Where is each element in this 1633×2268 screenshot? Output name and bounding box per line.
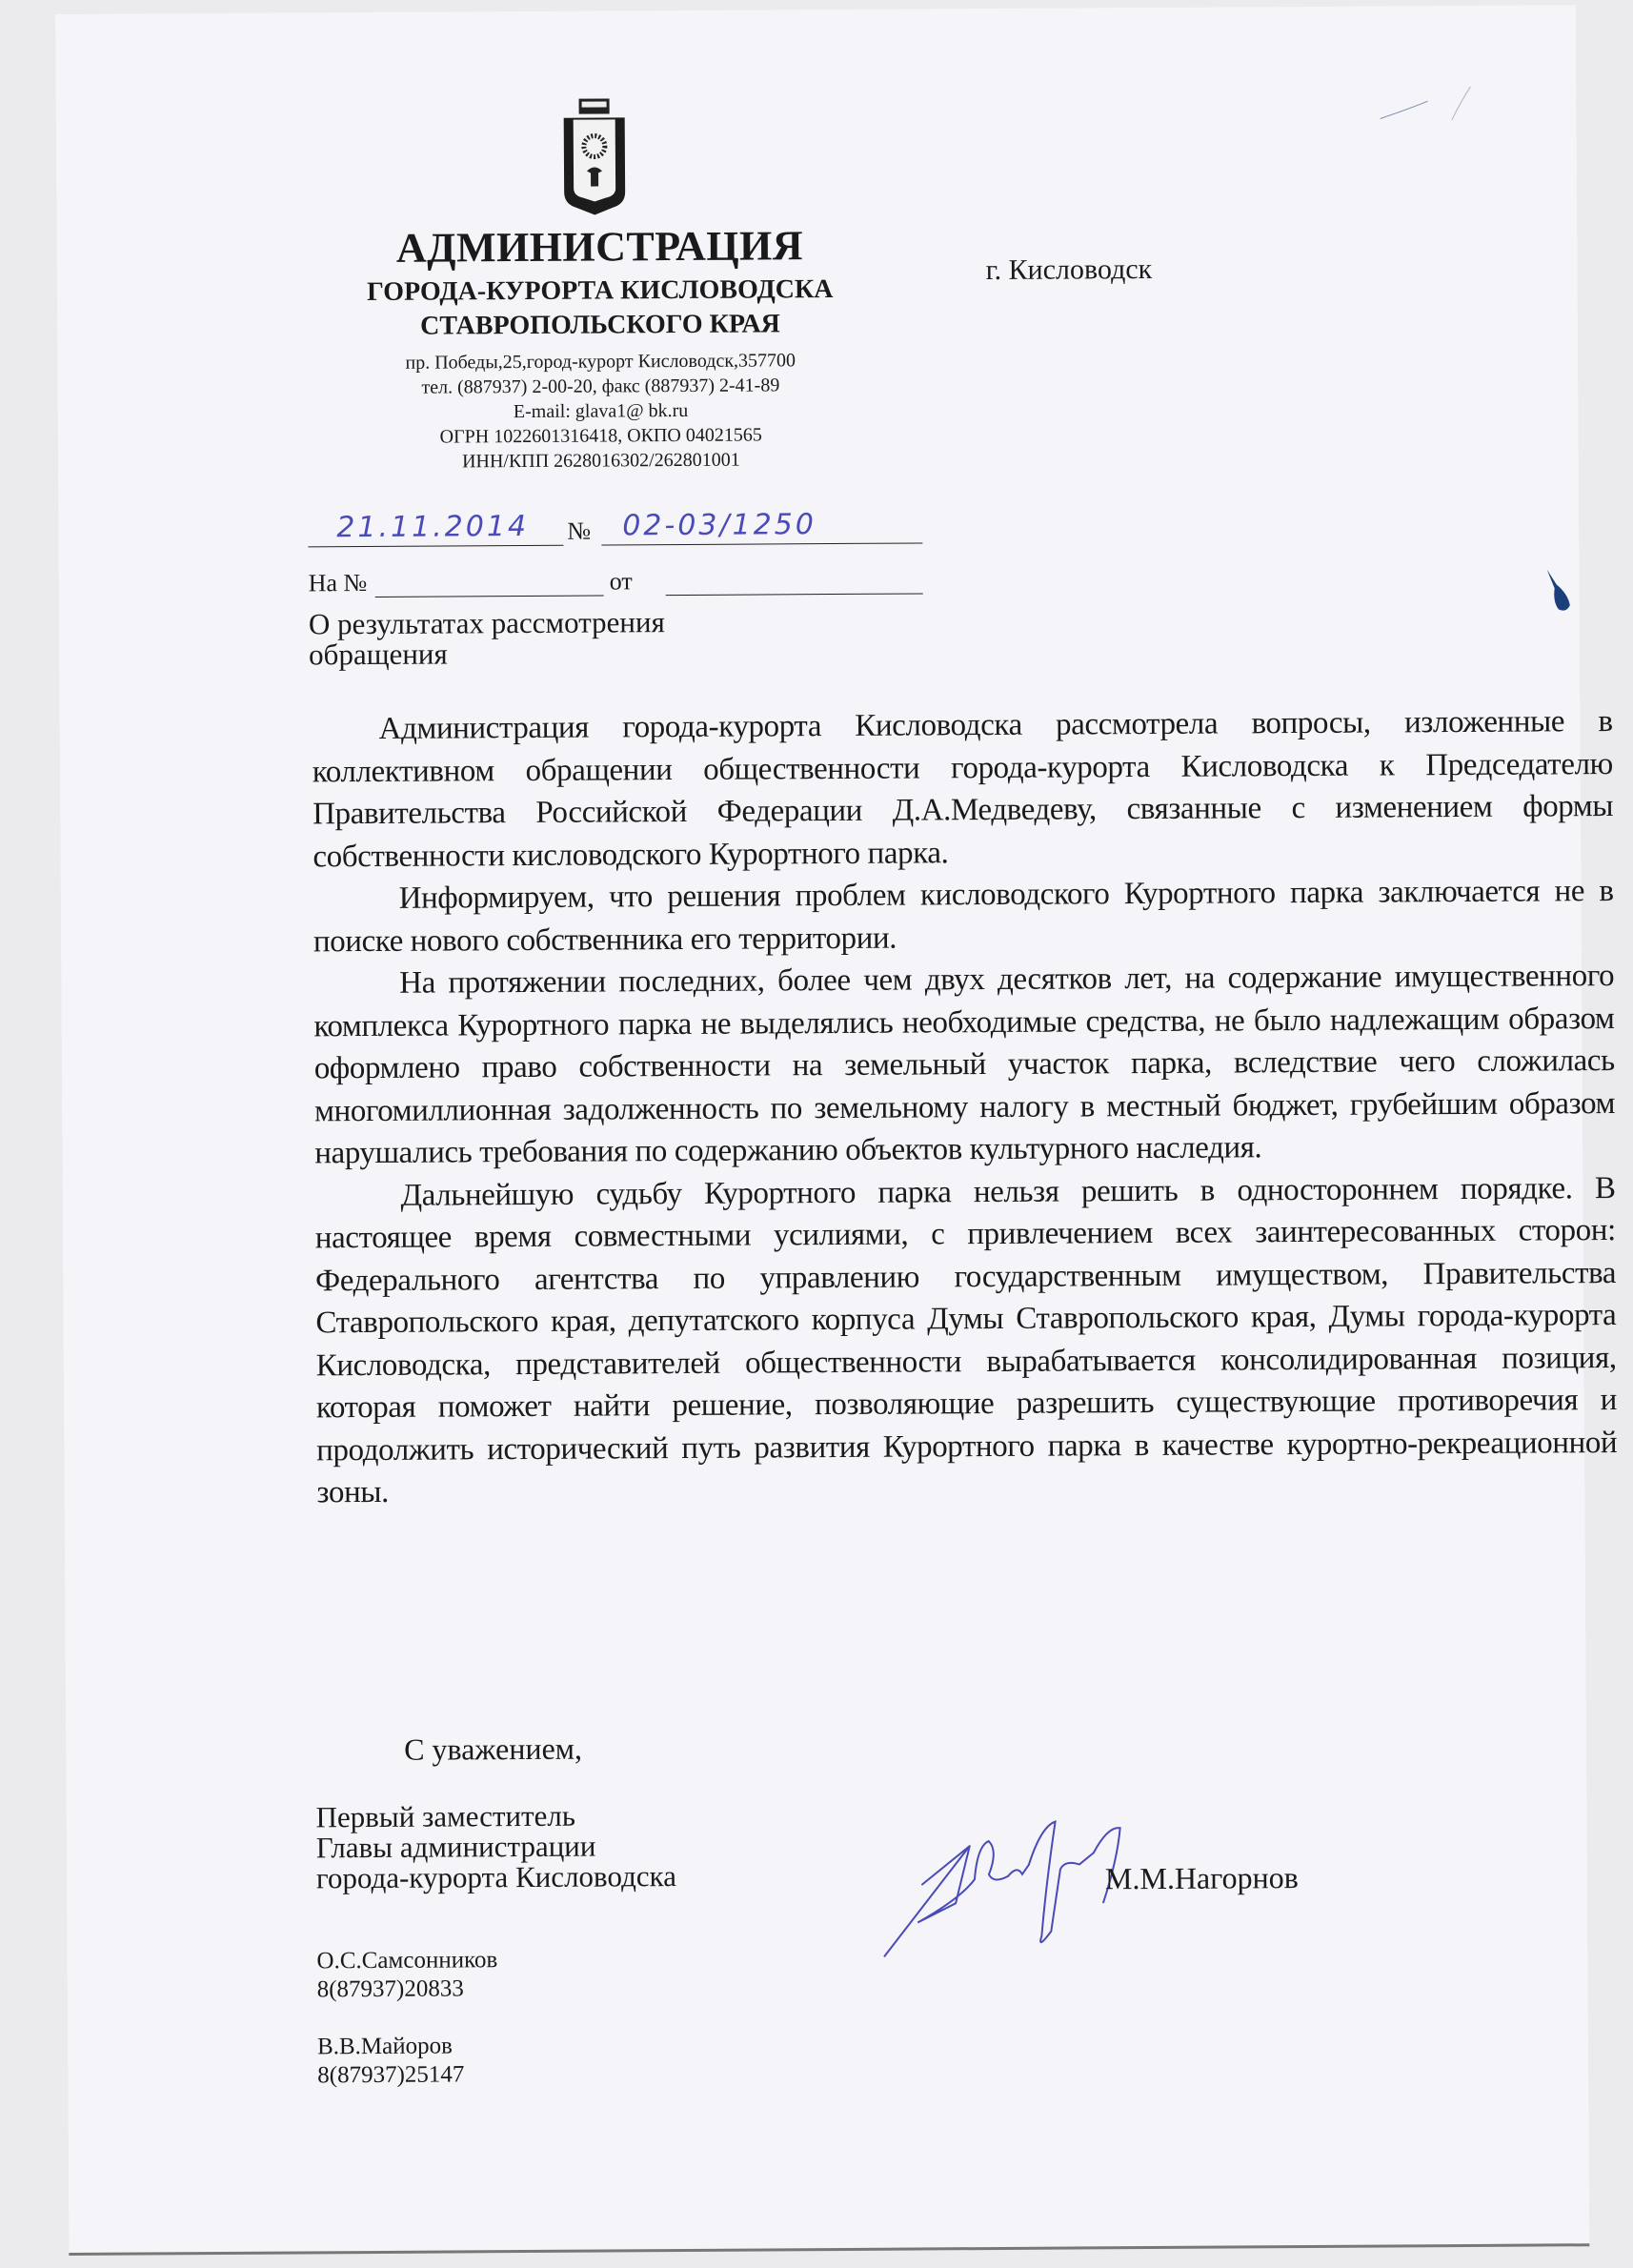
letter-body: Администрация города-курорта Кисловодска… (312, 700, 1617, 1514)
ink-blot-icon (1545, 567, 1574, 615)
coat-of-arms-icon (556, 96, 634, 215)
city-name: г. Кисловодск (986, 253, 1153, 287)
subject-line-1: О результатах рассмотрения (309, 607, 665, 639)
body-paragraph-2: Информируем, что решения проблем кислово… (313, 870, 1615, 962)
letter-subject: О результатах рассмотрения обращения (309, 607, 665, 670)
contact-item: В.В.Майоров 8(87937)25147 (317, 2032, 498, 2090)
letterhead-title: АДМИНИСТРАЦИЯ (275, 220, 923, 273)
pencil-mark-icon (1370, 82, 1475, 131)
signer-position: Первый заместитель Главы администрации г… (315, 1800, 676, 1893)
contact-phone: 8(87937)25147 (317, 2060, 498, 2090)
reply-reference-line: На № от (309, 563, 923, 601)
registration-number: 02-03/1250 (622, 508, 816, 542)
contacts-block: О.С.Самсонников 8(87937)20833 В.В.Майоро… (316, 1946, 498, 2118)
reply-date-label: от (610, 567, 633, 596)
position-line-3: города-курорта Кисловодска (316, 1861, 676, 1893)
body-paragraph-3: На протяжении последних, более чем двух … (313, 955, 1615, 1175)
closing-regards: С уважением, (404, 1731, 582, 1768)
registration-date: 21.11.2014 (336, 510, 529, 544)
letterhead-details: пр. Победы,25,город-курорт Кисловодск,35… (276, 347, 925, 475)
signer-name: М.М.Нагорнов (1105, 1860, 1299, 1896)
contact-phone: 8(87937)20833 (317, 1974, 498, 2004)
reply-number-label: На № (309, 569, 368, 597)
letter-sheet: АДМИНИСТРАЦИЯ ГОРОДА-КУРОРТА КИСЛОВОДСКА… (55, 5, 1589, 2254)
registration-line: 21.11.2014 № 02-03/1250 (308, 509, 922, 551)
position-line-1: Первый заместитель (315, 1800, 675, 1833)
registration-number-label: № (567, 517, 591, 546)
contact-name: О.С.Самсонников (316, 1946, 497, 1975)
body-paragraph-1: Администрация города-курорта Кисловодска… (312, 700, 1613, 878)
position-line-2: Главы администрации (316, 1831, 676, 1863)
letterhead-subtitle-1: ГОРОДА-КУРОРТА КИСЛОВОДСКА (276, 273, 924, 308)
letterhead-subtitle-2: СТАВРОПОЛЬСКОГО КРАЯ (276, 308, 924, 342)
contact-item: О.С.Самсонников 8(87937)20833 (316, 1946, 497, 2004)
subject-line-2: обращения (309, 638, 665, 670)
body-paragraph-4: Дальнейшую судьбу Курортного парка нельз… (314, 1167, 1617, 1514)
contact-name: В.В.Майоров (317, 2032, 498, 2061)
handwritten-signature-icon (865, 1807, 1133, 1971)
letterhead-inn-kpp: ИНН/КПП 2628016302/262801001 (277, 446, 925, 475)
